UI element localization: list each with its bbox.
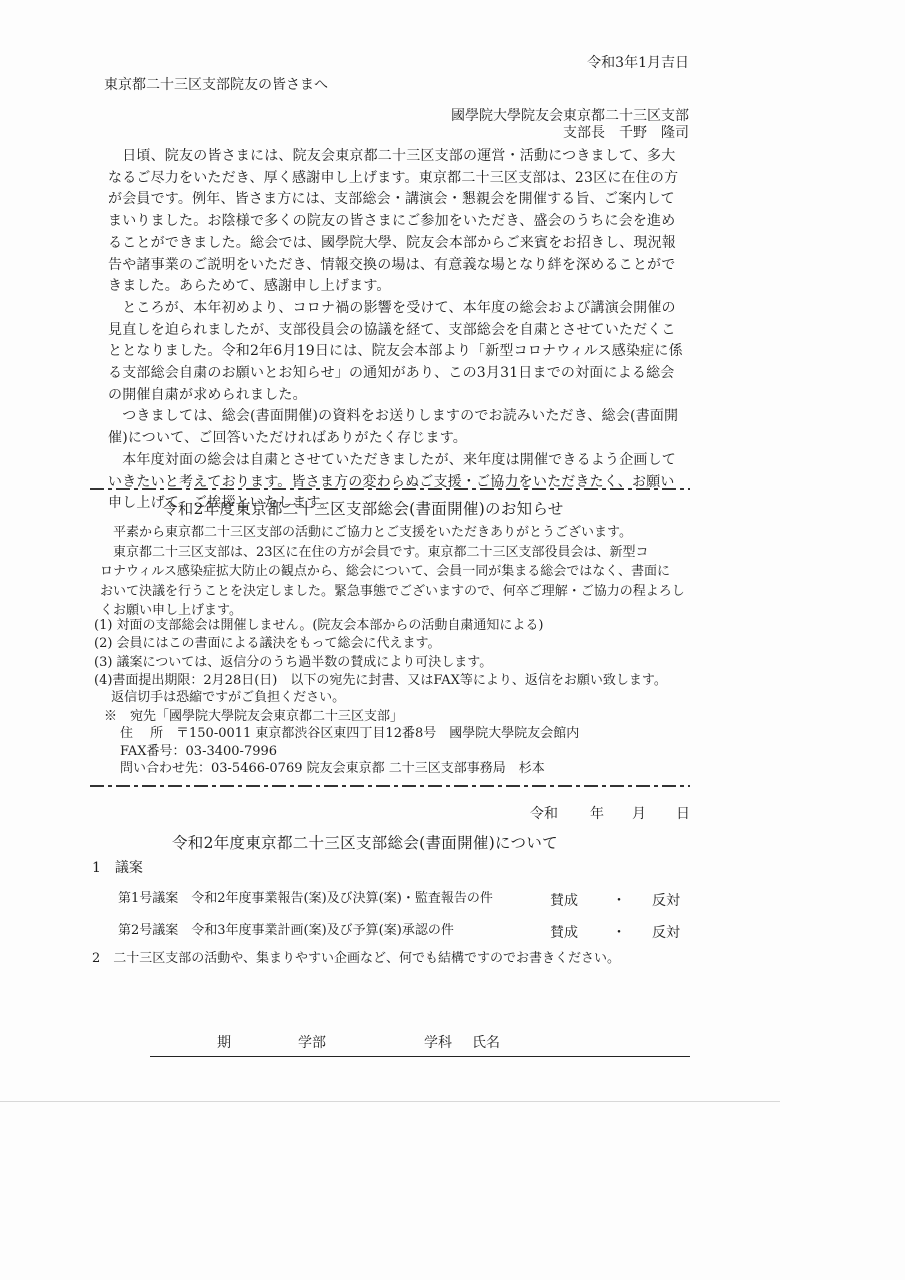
addressee: 東京都二十三区支部院友の皆さまへ bbox=[104, 75, 328, 95]
notice-title: 令和2年度東京都二十三区支部総会(書面開催)のお知らせ bbox=[162, 497, 564, 519]
reply-date-year[interactable]: 年 bbox=[590, 804, 604, 824]
letter-line: ところが、本年初めより、コロナ禍の影響を受けて、本年度の総会および講演会開催の bbox=[108, 298, 690, 320]
letter-line: きました。あらためて、感謝申し上げます。 bbox=[108, 276, 690, 298]
letter-line: ることができました。総会では、國學院大學、院友会本部からご来賓をお招きし、現況報 bbox=[108, 233, 690, 255]
notice-line: おいて決議を行うことを決定しました。緊急事態でございますので、何卒ご理解・ご協力… bbox=[100, 582, 682, 602]
letter-line: 本年度対面の総会は自粛とさせていただきましたが、来年度は開催できるよう企画して bbox=[108, 450, 690, 472]
notice-body: 平素から東京都二十三区支部の活動にご協力とご支援をいただきありがとうございます。… bbox=[100, 523, 682, 621]
cut-line-divider bbox=[90, 488, 690, 490]
signature-name-label: 氏名 bbox=[472, 1033, 500, 1053]
notice-line: ロナウィルス感染症拡大防止の観点から、総会について、会員一同が集まる総会ではなく… bbox=[100, 562, 682, 582]
reply-date-month[interactable]: 月 bbox=[632, 804, 646, 824]
letter-line: 見直しを迫られましたが、支部役員会の協議を経て、支部総会を自粛とさせていただくこ bbox=[108, 320, 690, 342]
notice-line: 平素から東京都二十三区支部の活動にご協力とご支援をいただきありがとうございます。 bbox=[100, 523, 682, 543]
letter-line: 催)について、ご回答いただければありがたく存じます。 bbox=[108, 428, 690, 450]
agenda-2-label: 第2号議案 令和3年度事業計画(案)及び予算(案)承認の件 bbox=[118, 919, 454, 938]
section-1-label: 1 議案 bbox=[92, 858, 143, 878]
letter-body: 日頃、院友の皆さまには、院友会東京都二十三区支部の運営・活動につきまして、多大 … bbox=[108, 146, 690, 515]
signature-term-label: 期 bbox=[217, 1033, 231, 1053]
notice-item-1: (1) 対面の支部総会は開催しません。(院友会本部からの活動自粛通知による) bbox=[94, 614, 543, 633]
letter-line: なるご尽力をいただき、厚く感謝申し上げます。東京都二十三区支部は、23区に在住の… bbox=[108, 168, 690, 190]
letter-line: ととなりました。令和2年6月19日には、院友会本部より「新型コロナウィルス感染症… bbox=[108, 341, 690, 363]
agenda-1-approve[interactable]: 賛成 bbox=[550, 891, 578, 911]
letter-line: の開催自粛が求められました。 bbox=[108, 385, 690, 407]
letter-date: 令和3年1月吉日 bbox=[587, 53, 689, 73]
sender-name: 支部長 千野 隆司 bbox=[563, 123, 689, 143]
address-value: 〒150-0011 東京都渋谷区東四丁目12番8号 國學院大學院友会館内 bbox=[176, 722, 579, 741]
letter-line: が会員です。例年、皆さま方には、支部総会・講演会・懇親会を開催する旨、ご案内して bbox=[108, 189, 690, 211]
letter-line: まいりました。お陰様で多くの院友の皆さまにご参加をいただき、盛会のうちに会を進め bbox=[108, 211, 690, 233]
contact-info: 問い合わせ先：03-5466-0769 院友会東京都 二十三区支部事務局 杉本 bbox=[120, 757, 545, 776]
agenda-2-approve[interactable]: 賛成 bbox=[550, 923, 578, 943]
notice-item-4-note: 返信切手は恐縮ですがご負担ください。 bbox=[94, 686, 345, 705]
reply-form-title: 令和2年度東京都二十三区支部総会(書面開催)について bbox=[172, 831, 558, 853]
agenda-1-oppose[interactable]: 反対 bbox=[652, 891, 680, 911]
notice-line: 東京都二十三区支部は、23区に在住の方が会員です。東京都二十三区支部役員会は、新… bbox=[100, 543, 682, 563]
signature-line[interactable] bbox=[150, 1056, 690, 1057]
letter-line: 日頃、院友の皆さまには、院友会東京都二十三区支部の運営・活動につきまして、多大 bbox=[108, 146, 690, 168]
reply-date-era: 令和 bbox=[530, 804, 558, 824]
letter-line: 告や諸事業のご説明をいただき、情報交換の場は、有意義な場となり絆を深めることがで bbox=[108, 255, 690, 277]
agenda-1-separator: ・ bbox=[612, 891, 626, 911]
address-label: 住 所 bbox=[120, 722, 163, 741]
scan-page-edge bbox=[0, 1101, 780, 1102]
letter-line: る支部総会自粛のお願いとお知らせ」の通知があり、この3月31日までの対面による総… bbox=[108, 363, 690, 385]
cut-line-divider bbox=[90, 785, 690, 787]
letter-line: つきましては、総会(書面開催)の資料をお送りしますのでお読みいただき、総会(書面… bbox=[108, 406, 690, 428]
agenda-2-separator: ・ bbox=[612, 923, 626, 943]
reply-date-day[interactable]: 日 bbox=[676, 804, 690, 824]
signature-department-label: 学科 bbox=[424, 1033, 452, 1053]
notice-item-2: (2) 会員にはこの書面による議決をもって総会に代えます。 bbox=[94, 632, 441, 651]
signature-faculty-label: 学部 bbox=[298, 1033, 326, 1053]
notice-item-3: (3) 議案については、返信分のうち過半数の賛成により可決します。 bbox=[94, 651, 492, 670]
section-2-label: 2 二十三区支部の活動や、集まりやすい企画など、何でも結構ですのでお書きください… bbox=[92, 947, 620, 966]
agenda-2-oppose[interactable]: 反対 bbox=[652, 923, 680, 943]
agenda-1-label: 第1号議案 令和2年度事業報告(案)及び決算(案)・監査報告の件 bbox=[118, 887, 493, 906]
